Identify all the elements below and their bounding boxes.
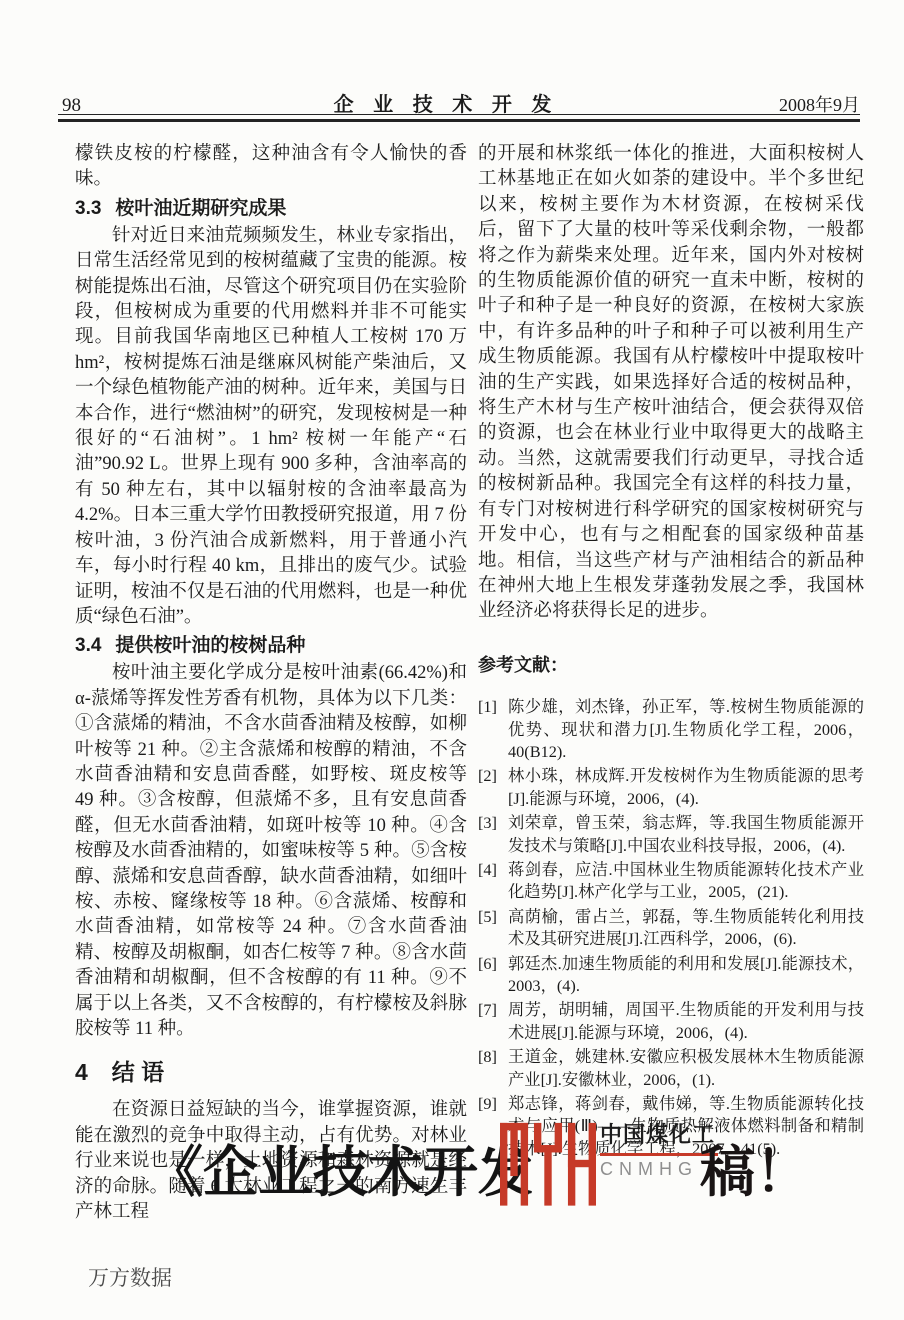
paragraph-continuation: 的开展和林浆纸一体化的推进，大面积桉树人工林基地正在如火如荼的建设中。半个多世纪… <box>478 142 864 625</box>
reference-label: [5] <box>478 906 497 928</box>
reference-label: [4] <box>478 859 497 881</box>
references-heading: 参考文献： <box>478 653 864 678</box>
reference-item: [4] 蒋剑春，应洁.中国林业生物质能源转化技术产业化趋势[J].林产化学与工业… <box>478 859 864 904</box>
reference-item: [3] 刘荣章，曾玉荣，翁志辉，等.我国生物质能源开发技术与策略[J].中国农业… <box>478 812 864 857</box>
section-3-4-paragraph: 桉叶油主要化学成分是桉叶油素(66.42%)和α-蒎烯等挥发性芳香有机物，具体为… <box>75 661 467 1042</box>
footer-banner: 《企业技术开发 中国煤化工 CNMHG 稿 <box>148 1108 828 1223</box>
reference-label: [6] <box>478 953 497 975</box>
right-column: 的开展和林浆纸一体化的推进，大面积桉树人工林基地正在如火如荼的建设中。半个多世纪… <box>478 142 864 1162</box>
page-header: 98 企 业 技 术 开 发 2008年9月 <box>62 88 860 114</box>
reference-item: [6] 郭廷杰.加速生物质能的利用和发展[J].能源技术，2003，(4). <box>478 953 864 998</box>
reference-text: 刘荣章，曾玉荣，翁志辉，等.我国生物质能源开发技术与策略[J].中国农业科技导报… <box>508 813 864 854</box>
reference-item: [5] 高荫榆，雷占兰，郭磊，等.生物质能转化利用技术及其研究进展[J].江西科… <box>478 906 864 951</box>
banner-tail-text: 稿！ <box>700 1128 810 1207</box>
reference-label: [2] <box>478 765 497 787</box>
paragraph-continuation: 檬铁皮桉的柠檬醛，这种油含有令人愉快的香味。 <box>75 142 467 193</box>
reference-item: [8] 王道金，姚建林.安徽应积极发展林木生物质能源产业[J].安徽林业，200… <box>478 1046 864 1091</box>
banner-journal-name: 《企业技术开发 <box>148 1128 533 1207</box>
reference-label: [8] <box>478 1046 497 1068</box>
reference-text: 陈少雄，刘杰锋，孙正军，等.桉树生物质能源的优势、现状和潜力[J].生物质化学工… <box>508 697 864 761</box>
reference-item: [7] 周芳，胡明辅，周国平.生物质能的开发利用与技术进展[J].能源与环境，2… <box>478 999 864 1044</box>
section-3-3-paragraph: 针对近日来油荒频频发生，林业专家指出，日常生活经常见到的桉树蕴藏了宝贵的能源。桉… <box>75 224 467 631</box>
journal-page-scan: 98 企 业 技 术 开 发 2008年9月 檬铁皮桉的柠檬醛，这种油含有令人愉… <box>0 0 904 1320</box>
reference-label: [1] <box>478 696 497 718</box>
left-column: 檬铁皮桉的柠檬醛，这种油含有令人愉快的香味。 3.3桉叶油近期研究成果 针对近日… <box>75 142 467 1225</box>
section-number: 3.3 <box>75 198 101 219</box>
reference-label: [7] <box>478 999 497 1021</box>
reference-text: 蒋剑春，应洁.中国林业生物质能源转化技术产业化趋势[J].林产化学与工业，200… <box>508 860 864 901</box>
references-list: [1] 陈少雄，刘杰锋，孙正军，等.桉树生物质能源的优势、现状和潜力[J].生物… <box>478 696 864 1160</box>
reference-text: 高荫榆，雷占兰，郭磊，等.生物质能转化利用技术及其研究进展[J].江西科学，20… <box>508 907 864 948</box>
reference-text: 林小珠，林成辉.开发桉树作为生物质能源的思考[J].能源与环境，2006，(4)… <box>508 766 864 807</box>
wanfang-watermark: 万方数据 <box>88 1262 172 1292</box>
section-title: 桉叶油近期研究成果 <box>115 198 286 219</box>
section-heading-4: 4结 语 <box>75 1058 467 1086</box>
section-number: 4 <box>75 1059 96 1085</box>
reference-item: [2] 林小珠，林成辉.开发桉树作为生物质能源的思考[J].能源与环境，2006… <box>478 765 864 810</box>
reference-text: 郭廷杰.加速生物质能的利用和发展[J].能源技术，2003，(4). <box>508 954 864 995</box>
header-rule-thick <box>58 119 860 122</box>
section-heading-3-4: 3.4提供桉叶油的桉树品种 <box>75 633 467 659</box>
reference-item: [1] 陈少雄，刘杰锋，孙正军，等.桉树生物质能源的优势、现状和潜力[J].生物… <box>478 696 864 763</box>
reference-text: 王道金，姚建林.安徽应积极发展林木生物质能源产业[J].安徽林业，2006，(1… <box>508 1047 864 1088</box>
section-title: 结 语 <box>112 1059 164 1085</box>
header-rule-thin <box>58 114 860 115</box>
journal-title: 企 业 技 术 开 发 <box>152 88 740 117</box>
reference-text: 周芳，胡明辅，周国平.生物质能的开发利用与技术进展[J].能源与环境，2006，… <box>508 1000 864 1041</box>
cnmhg-logo-icon <box>500 1110 596 1220</box>
section-number: 3.4 <box>75 635 101 656</box>
reference-label: [3] <box>478 812 497 834</box>
section-heading-3-3: 3.3桉叶油近期研究成果 <box>75 196 467 222</box>
section-title: 提供桉叶油的桉树品种 <box>115 635 305 656</box>
